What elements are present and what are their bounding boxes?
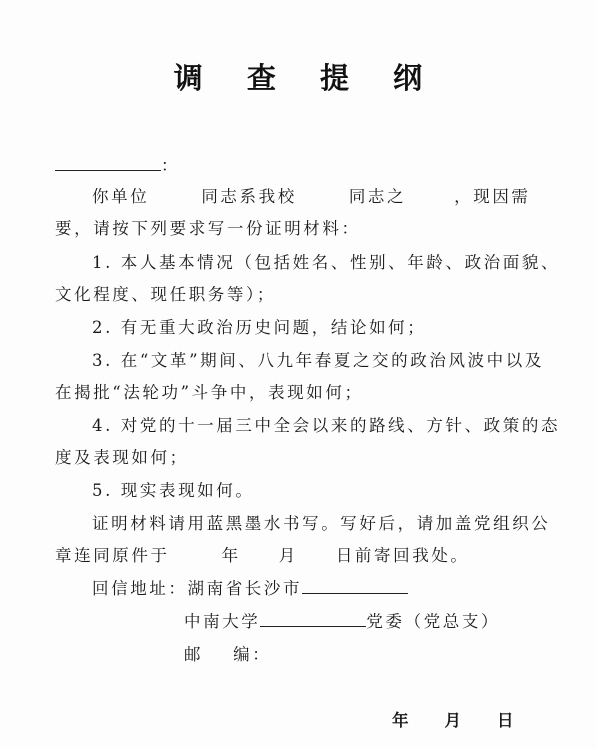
intro-text: 同志系我校 xyxy=(201,187,297,206)
item-5-line-1: 5. 现实表现如何。 xyxy=(92,481,255,501)
instructions-text: 日前寄回我处。 xyxy=(336,546,470,565)
instructions-line-2: 章连同原件于年月日前寄回我处。 xyxy=(55,546,470,566)
title-char: 调 xyxy=(174,56,203,97)
signature-date: 年月日 xyxy=(392,707,514,731)
signature-day-label: 日 xyxy=(497,707,514,731)
item-4-line-2: 度及表现如何； xyxy=(55,448,189,468)
signature-year-label: 年 xyxy=(392,707,409,731)
intro-line-2: 要，请按下列要求写一份证明材料： xyxy=(55,219,361,239)
item-3-line-1: 3. 在“文革”期间、八九年春夏之交的政治风波中以及 xyxy=(92,351,544,371)
document-title: 调 查 提 纲 xyxy=(0,56,596,97)
instructions-line-1: 证明材料请用蓝黑墨水书写。写好后，请加盖党组织公 xyxy=(92,514,550,534)
addressee-blank[interactable] xyxy=(55,156,161,171)
instructions-text: 章连同原件于 xyxy=(55,546,170,565)
intro-line-1: 你单位同志系我校同志之，现因需 xyxy=(92,187,531,207)
reply-address-university: 中南大学 xyxy=(184,612,260,631)
item-3-line-2: 在揭批“法轮功”斗争中，表现如何； xyxy=(55,383,364,403)
intro-text: 你单位 xyxy=(92,187,149,206)
document-page: 调 查 提 纲 ： 你单位同志系我校同志之，现因需 要，请按下列要求写一份证明材… xyxy=(0,0,596,749)
reply-address-line-1: 回信地址：湖南省长沙市 xyxy=(92,579,408,599)
reply-address-city: 湖南省长沙市 xyxy=(188,579,303,598)
postcode-label: 编： xyxy=(233,645,271,664)
item-2-line-1: 2. 有无重大政治历史问题，结论如何； xyxy=(92,318,426,338)
intro-text: ，现因需 xyxy=(454,187,530,206)
addressee-line: ： xyxy=(55,156,180,176)
item-1-line-1: 1. 本人基本情况（包括姓名、性别、年龄、政治面貌、 xyxy=(92,253,560,273)
reply-address-label: 回信地址： xyxy=(92,579,188,598)
title-char: 提 xyxy=(320,56,349,97)
signature-month-label: 月 xyxy=(445,707,462,731)
department-blank[interactable] xyxy=(260,612,366,627)
deadline-year-label: 年 xyxy=(222,546,241,565)
item-4-line-1: 4. 对党的十一届三中全会以来的路线、方针、政策的态 xyxy=(92,416,560,436)
reply-address-committee: 党委（党总支） xyxy=(366,612,500,631)
item-1-line-2: 文化程度、现任职务等）； xyxy=(55,285,276,305)
reply-address-line-2: 中南大学党委（党总支） xyxy=(184,612,500,632)
deadline-month-label: 月 xyxy=(279,546,298,565)
title-char: 查 xyxy=(247,56,276,97)
addressee-colon: ： xyxy=(161,156,180,175)
postcode-line: 邮编： xyxy=(184,645,271,665)
intro-text: 同志之 xyxy=(349,187,406,206)
city-address-blank[interactable] xyxy=(302,579,408,594)
title-char: 纲 xyxy=(393,56,422,97)
postcode-label: 邮 xyxy=(184,645,203,664)
